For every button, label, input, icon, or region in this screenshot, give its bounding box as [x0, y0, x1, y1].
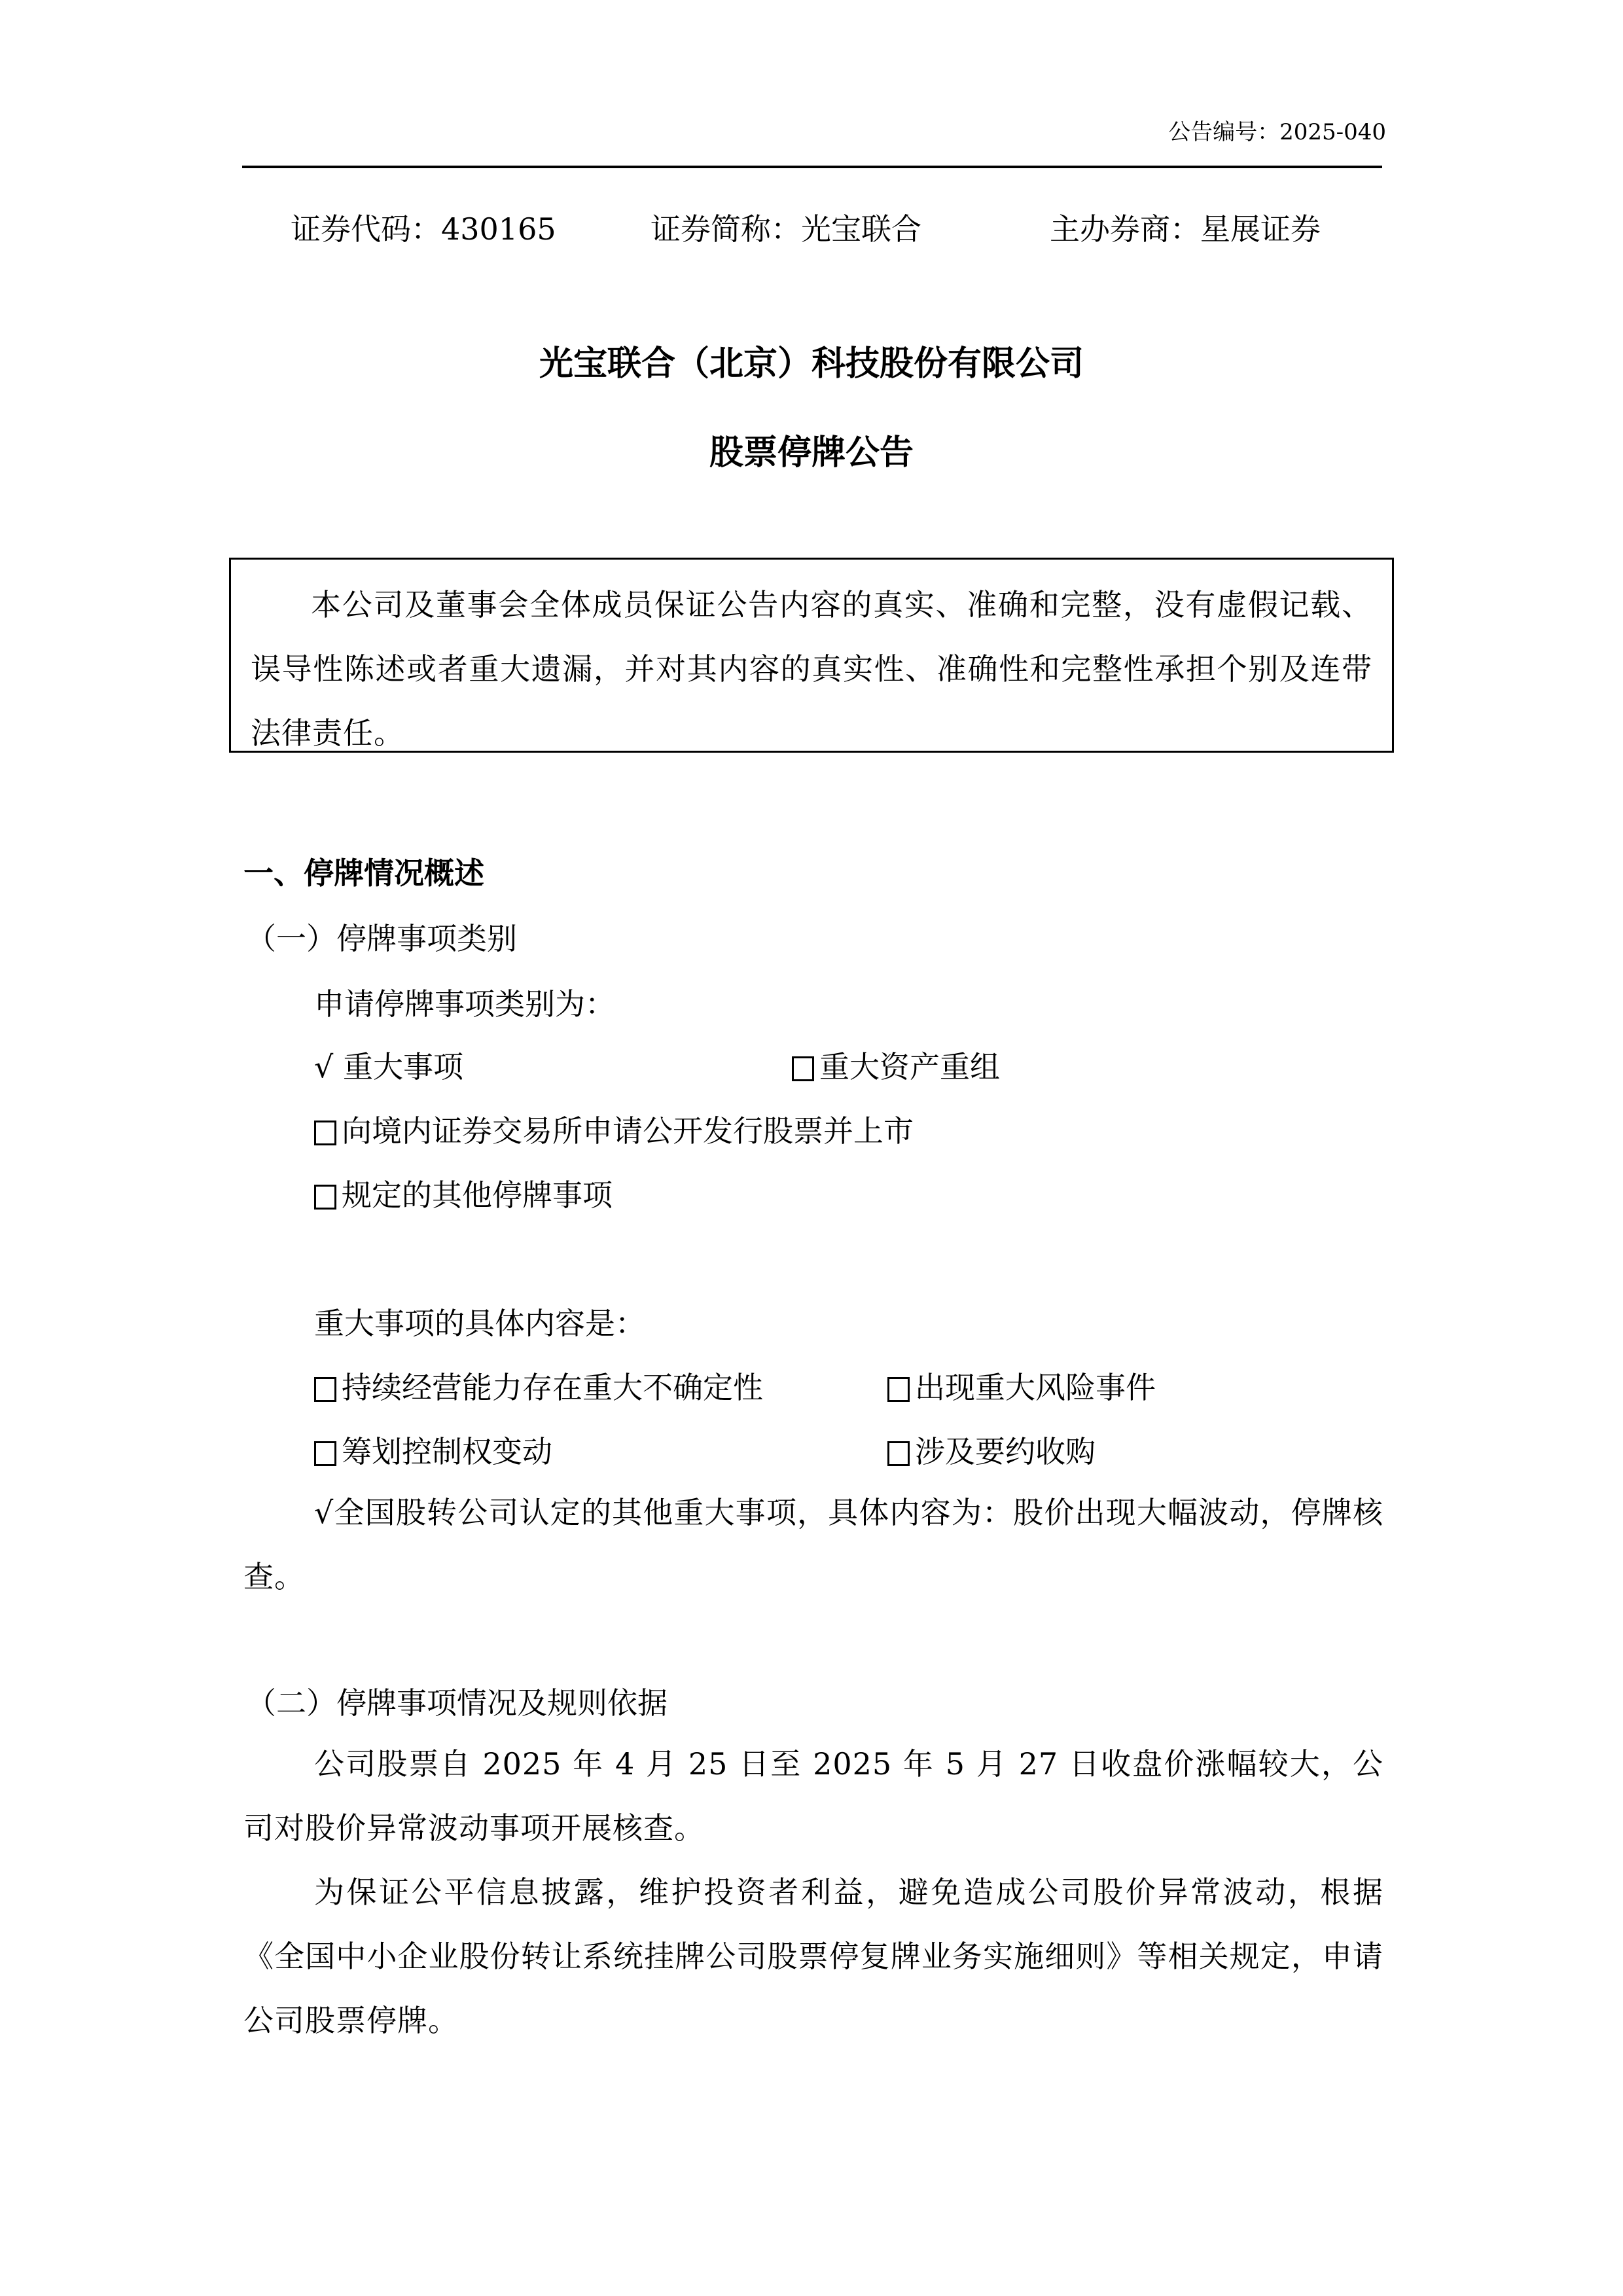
detail-major-risk[interactable]: 出现重大风险事件 — [887, 1367, 1156, 1408]
checkbox-icon — [314, 1377, 336, 1402]
option-label: 重大资产重组 — [819, 1049, 1000, 1085]
security-short-name: 证券简称：光宝联合 — [651, 208, 921, 250]
detail-intro: 重大事项的具体内容是： — [314, 1302, 645, 1344]
section-heading: 一、停牌情况概述 — [243, 852, 484, 894]
checkmark-icon: √ — [314, 1495, 334, 1530]
subsection-heading-2: （二）停牌事项情况及规则依据 — [246, 1682, 668, 1724]
checkbox-icon — [314, 1121, 336, 1145]
detail-going-concern[interactable]: 持续经营能力存在重大不确定性 — [314, 1367, 763, 1408]
security-code: 证券代码：430165 — [291, 208, 556, 250]
option-label: 持续经营能力存在重大不确定性 — [342, 1370, 763, 1405]
option-label: 涉及要约收购 — [915, 1434, 1096, 1469]
option-asset-restructuring[interactable]: 重大资产重组 — [792, 1046, 1000, 1088]
option-label: 筹划控制权变动 — [342, 1434, 552, 1469]
option-other-suspension[interactable]: 规定的其他停牌事项 — [314, 1174, 613, 1216]
announcement-number: 公告编号：2025-040 — [1168, 117, 1386, 148]
option-label: 出现重大风险事件 — [915, 1370, 1156, 1405]
paragraph-price-surge: 公司股票自 2025 年 4 月 25 日至 2025 年 5 月 27 日收盘… — [243, 1732, 1383, 1860]
disclaimer-box: 本公司及董事会全体成员保证公告内容的真实、准确和完整，没有虚假记载、误导性陈述或… — [229, 558, 1394, 753]
header-divider — [242, 166, 1382, 168]
checkbox-icon — [887, 1377, 910, 1402]
detail-other-major-matter[interactable]: √全国股转公司认定的其他重大事项，具体内容为：股价出现大幅波动，停牌核查。 — [243, 1480, 1383, 1609]
option-text: 全国股转公司认定的其他重大事项，具体内容为：股价出现大幅波动，停牌核查。 — [243, 1495, 1383, 1594]
option-label: 重大事项 — [343, 1049, 463, 1085]
option-label: 向境内证券交易所申请公开发行股票并上市 — [342, 1113, 914, 1149]
option-major-matter[interactable]: √重大事项 — [314, 1046, 463, 1088]
disclaimer-text: 本公司及董事会全体成员保证公告内容的真实、准确和完整，没有虚假记载、误导性陈述或… — [251, 573, 1372, 765]
option-label: 规定的其他停牌事项 — [342, 1177, 613, 1213]
checkbox-icon — [887, 1441, 910, 1466]
checkbox-icon — [792, 1056, 814, 1081]
checkmark-icon: √ — [314, 1046, 343, 1088]
detail-control-change[interactable]: 筹划控制权变动 — [314, 1431, 552, 1473]
subsection-heading-1: （一）停牌事项类别 — [246, 918, 517, 960]
category-intro: 申请停牌事项类别为： — [314, 983, 615, 1025]
paragraph-rule-basis: 为保证公平信息披露，维护投资者利益，避免造成公司股价异常波动，根据《全国中小企业… — [243, 1860, 1383, 2053]
checkbox-icon — [314, 1441, 336, 1466]
detail-tender-offer[interactable]: 涉及要约收购 — [887, 1431, 1096, 1473]
option-ipo-listing[interactable]: 向境内证券交易所申请公开发行股票并上市 — [314, 1110, 914, 1152]
sponsor-broker: 主办券商：星展证券 — [1050, 208, 1321, 250]
checkbox-icon — [314, 1185, 336, 1210]
document-title: 股票停牌公告 — [0, 429, 1623, 476]
company-name: 光宝联合（北京）科技股份有限公司 — [0, 340, 1623, 387]
